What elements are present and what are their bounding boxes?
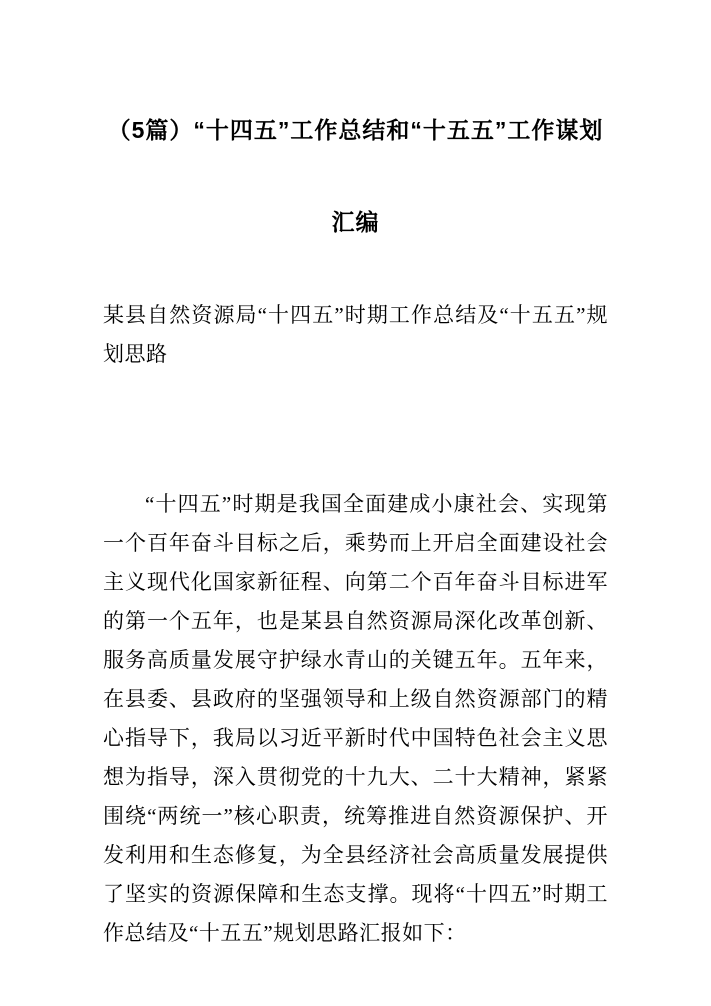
document-title-line1: （5篇）“十四五”工作总结和“十五五”工作谋划 [103,84,608,176]
document-page: （5篇）“十四五”工作总结和“十五五”工作谋划 汇编 某县自然资源局“十四五”时… [0,0,711,1006]
document-body-paragraph: “十四五”时期是我国全面建成小康社会、实现第一个百年奋斗目标之后，乘势而上开启全… [103,485,608,953]
document-subtitle: 某县自然资源局“十四五”时期工作总结及“十五五”规划思路 [103,296,608,374]
document-title: （5篇）“十四五”工作总结和“十五五”工作谋划 汇编 [103,84,608,268]
document-title-line2: 汇编 [103,176,608,268]
